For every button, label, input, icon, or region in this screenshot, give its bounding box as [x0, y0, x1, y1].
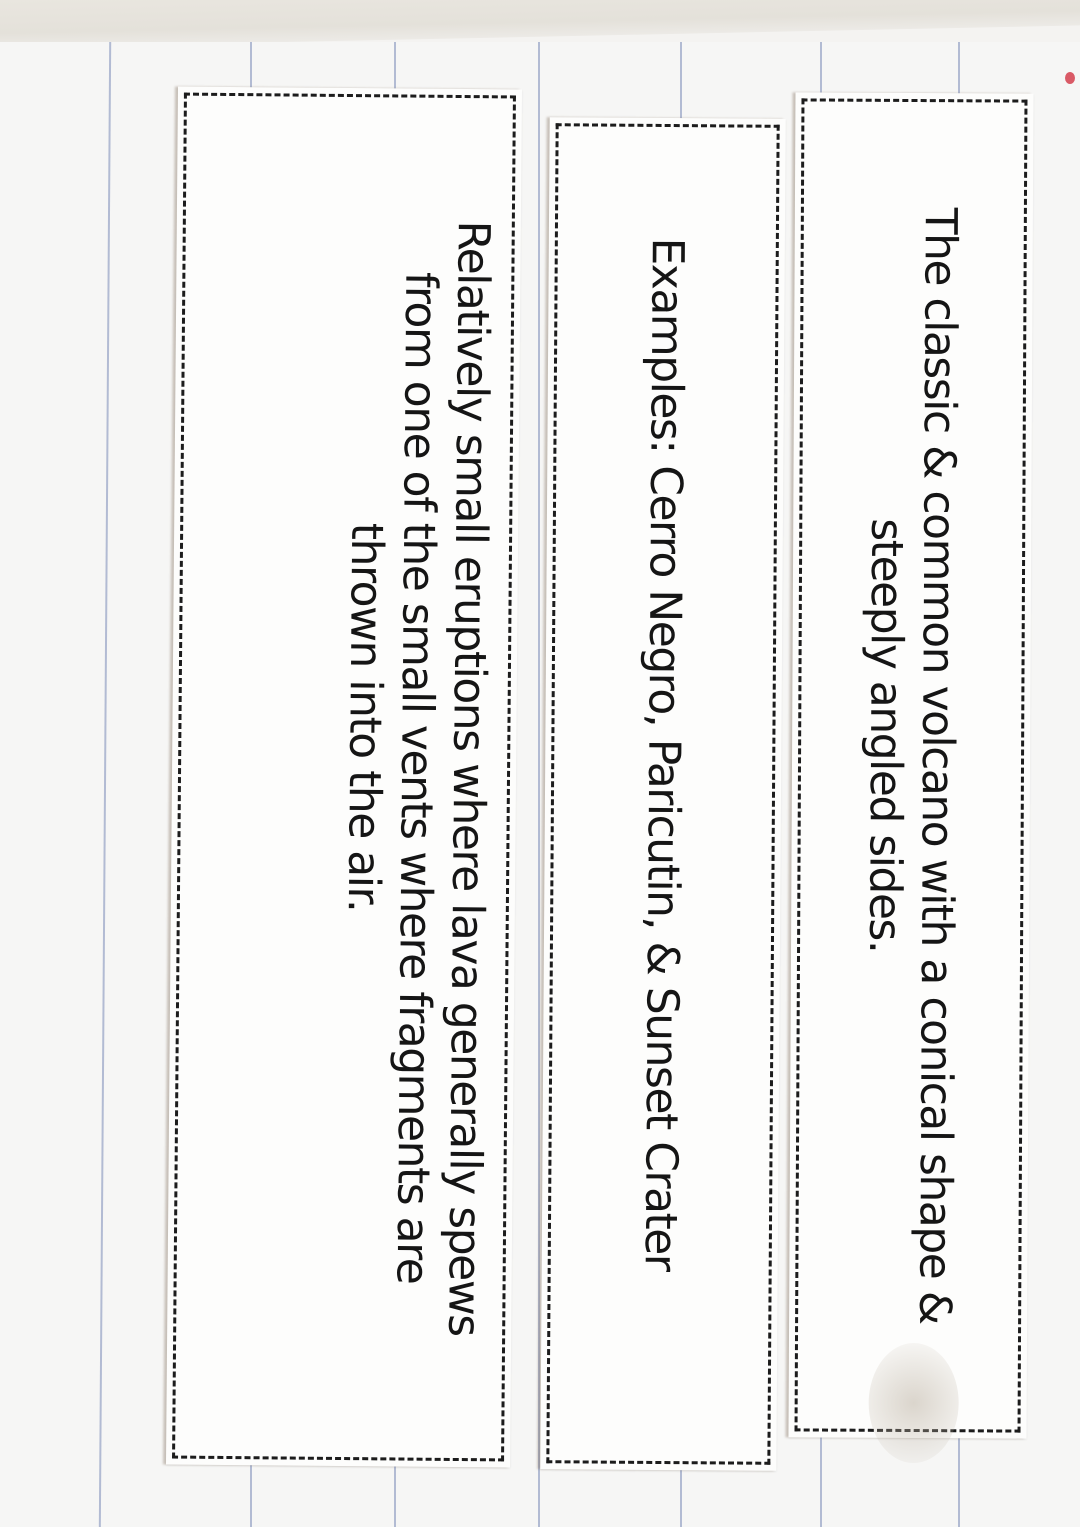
- strip-line: from one of the small vents where fragme…: [386, 272, 447, 1284]
- background-surface: [0, 0, 1080, 48]
- strip-text: Examples: Cerro Negro, Paricutin, & Suns…: [540, 117, 785, 1471]
- marker-dot: [1065, 72, 1075, 84]
- strip-line: steeply angled sides.: [858, 518, 912, 952]
- strip-line: Relatively small eruptions where lava ge…: [437, 220, 499, 1336]
- strip-eruptions: Relatively small eruptions where lava ge…: [166, 87, 522, 1468]
- strip-line: The classic & common volcano with a coni…: [908, 208, 966, 1324]
- grid-line: [99, 42, 111, 1527]
- strip-text: Relatively small eruptions where lava ge…: [166, 87, 522, 1468]
- strip-line: thrown into the air.: [337, 523, 392, 912]
- strip-line: Examples: Cerro Negro, Paricutin, & Suns…: [634, 237, 693, 1270]
- strip-text: The classic & common volcano with a coni…: [788, 92, 1033, 1438]
- grid-line: [538, 42, 540, 1527]
- strip-definition: The classic & common volcano with a coni…: [788, 92, 1033, 1438]
- strip-examples: Examples: Cerro Negro, Paricutin, & Suns…: [540, 117, 785, 1471]
